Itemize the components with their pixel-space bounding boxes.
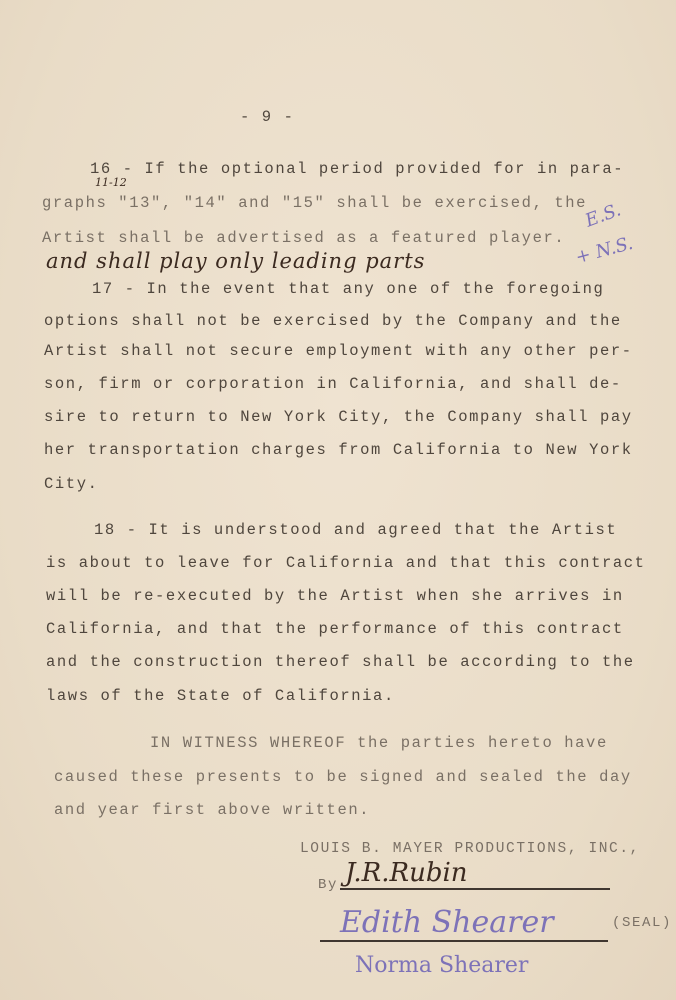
para18-line: laws of the State of California.: [46, 687, 395, 705]
handwritten-addition: and shall play only leading parts: [46, 249, 425, 273]
document-page: - 9 - 16 - If the optional period provid…: [0, 0, 676, 1000]
para17-line: options shall not be exercised by the Co…: [44, 312, 622, 330]
witness-line: and year first above written.: [54, 801, 370, 819]
artist-signature-line: [320, 940, 608, 942]
handwritten-insert-11-12: 11-12: [95, 176, 127, 189]
artist-signature-printed: Norma Shearer: [355, 953, 528, 978]
para16-line: Artist shall be advertised as a featured…: [42, 229, 565, 247]
para16-line: graphs "13", "14" and "15" shall be exer…: [42, 194, 587, 212]
witness-line: caused these presents to be signed and s…: [54, 768, 632, 786]
para17-line: City.: [44, 475, 99, 493]
para18-line: will be re-executed by the Artist when s…: [46, 587, 624, 605]
para18-line: 18 - It is understood and agreed that th…: [94, 521, 617, 539]
para17-line: sire to return to New York City, the Com…: [44, 408, 633, 426]
seal-label: (SEAL): [612, 915, 672, 931]
para18-line: California, and that the performance of …: [46, 620, 624, 638]
by-label: By: [318, 877, 338, 893]
para17-line: 17 - In the event that any one of the fo…: [92, 280, 604, 298]
company-signature: J.R.Rubin: [345, 858, 468, 888]
company-signature-line: [340, 888, 610, 890]
para17-line: Artist shall not secure employment with …: [44, 342, 633, 360]
margin-initials-ns: + N.S.: [573, 233, 635, 268]
para18-line: is about to leave for California and tha…: [46, 554, 646, 572]
para17-line: son, firm or corporation in California, …: [44, 375, 622, 393]
witness-line: IN WITNESS WHEREOF the parties hereto ha…: [150, 734, 608, 752]
page-number: - 9 -: [240, 108, 295, 126]
artist-signature: Edith Shearer: [340, 905, 554, 940]
para17-line: her transportation charges from Californ…: [44, 441, 633, 459]
para16-line: 16 - If the optional period provided for…: [90, 160, 624, 178]
margin-initials-es: E.S.: [583, 199, 624, 231]
para18-line: and the construction thereof shall be ac…: [46, 653, 635, 671]
company-name: LOUIS B. MAYER PRODUCTIONS, INC.,: [300, 841, 640, 857]
